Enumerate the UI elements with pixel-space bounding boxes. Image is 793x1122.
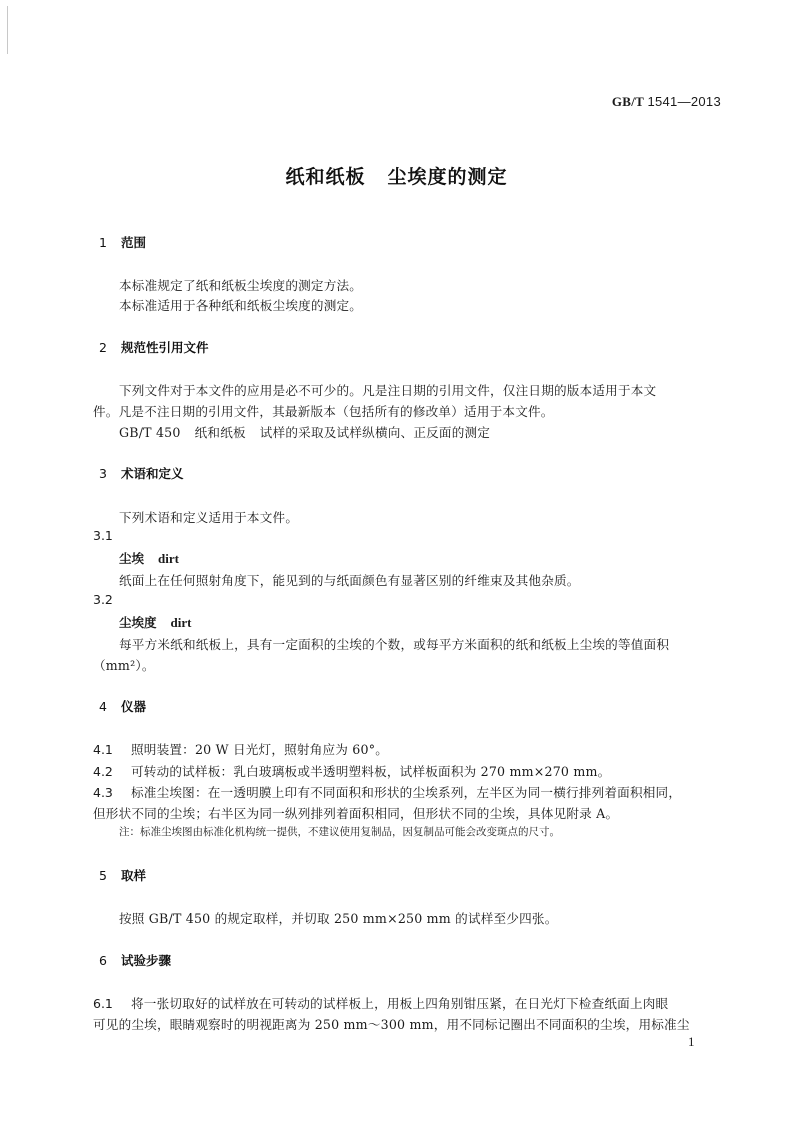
term-name: 尘埃度dirt <box>119 613 191 631</box>
reference-title-b: 试样的采取及试样纵横向、正反面的测定 <box>260 425 490 440</box>
term-number: 3.1 <box>93 528 113 543</box>
standard-code: 1541—2013 <box>647 94 721 109</box>
paragraph: 下列文件对于本文件的应用是必不可少的。凡是注日期的引用文件，仅注日期的版本适用于… <box>119 380 656 399</box>
document-title: 纸和纸板尘埃度的测定 <box>0 162 793 189</box>
normative-reference: GB/T 450纸和纸板试样的采取及试样纵横向、正反面的测定 <box>119 422 490 441</box>
paragraph: 下列术语和定义适用于本文件。 <box>119 507 298 526</box>
standard-number: GB/T 1541—2013 <box>612 94 721 110</box>
term-number: 3.2 <box>93 592 113 607</box>
reference-code: GB/T 450 <box>119 425 181 440</box>
clause-6-1: 6.1将一张切取好的试样放在可转动的试样板上，用板上四角别钳压紧，在日光灯下检查… <box>93 993 668 1012</box>
clause-4-1: 4.1照明装置：20 W 日光灯，照射角应为 60°。 <box>93 739 388 758</box>
term-definition: 每平方米纸和纸板上，具有一定面积的尘埃的个数，或每平方米面积的纸和纸板上尘埃的等… <box>119 634 669 653</box>
standard-prefix: GB/T <box>612 94 644 109</box>
section-heading-apparatus: 4仪器 <box>99 697 146 715</box>
title-part2: 尘埃度的测定 <box>388 166 508 188</box>
section-heading-terms: 3术语和定义 <box>99 464 184 482</box>
paragraph: 本标准适用于各种纸和纸板尘埃度的测定。 <box>119 295 362 314</box>
page-number: 1 <box>688 1034 695 1050</box>
clause-6-1-continued: 可见的尘埃，眼睛观察时的明视距离为 250 mm～300 mm，用不同标记圈出不… <box>93 1014 690 1033</box>
clause-4-2: 4.2可转动的试样板：乳白玻璃板或半透明塑料板，试样板面积为 270 mm×27… <box>93 761 610 780</box>
scan-edge-line <box>7 6 8 54</box>
term-definition: 纸面上在任何照射角度下，能见到的与纸面颜色有显著区别的纤维束及其他杂质。 <box>119 570 580 589</box>
title-part1: 纸和纸板 <box>285 166 365 188</box>
paragraph: 本标准规定了纸和纸板尘埃度的测定方法。 <box>119 275 362 294</box>
term-name: 尘埃dirt <box>119 549 179 567</box>
term-definition-continued: （mm²）。 <box>93 655 155 674</box>
section-heading-sampling: 5取样 <box>99 866 146 884</box>
reference-title-a: 纸和纸板 <box>195 425 246 440</box>
clause-4-3-continued: 但形状不同的尘埃；右半区为同一纵列排列着面积相同，但形状不同的尘埃，具体见附录 … <box>93 803 618 822</box>
note: 注：标准尘埃图由标准化机构统一提供，不建议使用复制品，因复制品可能会改变斑点的尺… <box>119 824 560 839</box>
section-heading-normative-references: 2规范性引用文件 <box>99 338 209 356</box>
section-heading-procedure: 6试验步骤 <box>99 951 171 969</box>
paragraph: 按照 GB/T 450 的规定取样，并切取 250 mm×250 mm 的试样至… <box>119 908 558 927</box>
paragraph-continued: 件。凡是不注日期的引用文件，其最新版本（包括所有的修改单）适用于本文件。 <box>93 401 554 420</box>
section-heading-scope: 1范围 <box>99 233 146 251</box>
clause-4-3: 4.3标准尘埃图：在一透明膜上印有不同面积和形状的尘埃系列，左半区为同一横行排列… <box>93 782 681 801</box>
